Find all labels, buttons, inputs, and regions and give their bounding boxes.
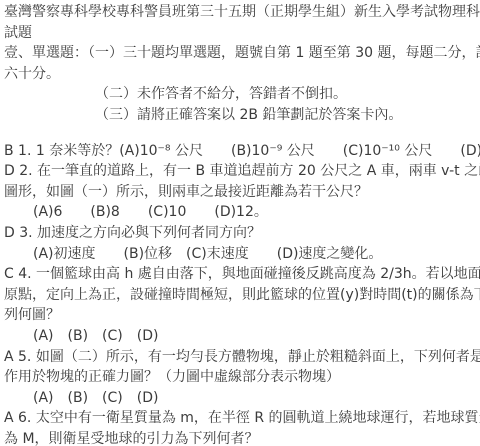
blank-line-spacer (4, 126, 476, 141)
question-4-option-labels: (A) (B) (C) (D) (33, 326, 476, 347)
instructions-line-1: 壹、單選題：（一）三十題均單選題，題號自第 1 題至第 30 題，每題二分，計 (4, 43, 476, 64)
question-6-text-line-1: A 6. 太空中有一衛星質量為 m，在半徑 R 的圓軌道上繞地球運行，若地球質量 (4, 408, 476, 429)
question-3-options: (A)初速度 (B)位移 (C)末速度 (D)速度之變化。 (33, 244, 476, 265)
question-3-text: D 3. 加速度之方向必與下列何者同方向？ (4, 223, 476, 244)
question-2-text-line-2: 圖形，如圖（一）所示，則兩車之最接近距離為若干公尺？ (4, 182, 476, 203)
question-2-text-line-1: D 2. 在一筆直的道路上，有一 B 車道追趕前方 20 公尺之 A 車，兩車 … (4, 161, 476, 182)
instruction-item-3: （三）請將正確答案以 2B 鉛筆劃記於答案卡內。 (95, 105, 476, 126)
question-1-text-and-options: B 1. 1 奈米等於？(A)10⁻⁸ 公尺 (B)10⁻⁹ 公尺 (C)10⁻… (4, 141, 476, 162)
question-6-text-line-2: 為 M，則衛星受地球的引力為下列何者？ (4, 429, 476, 446)
question-4-text-line-1: C 4. 一個籃球由高 h 處自由落下，與地面碰撞後反跳高度為 2/3h。若以地… (4, 264, 476, 285)
question-4-text-line-3: 列何圖？ (4, 305, 476, 326)
question-4-text-line-2: 原點，定向上為正，設碰撞時間極短，則此籃球的位置(y)對時間(t)的關係為下 (4, 285, 476, 306)
instructions-line-2: 六十分。 (4, 64, 476, 85)
exam-document: 臺灣警察專科學校專科警員班第三十五期（正期學生組）新生入學考試物理科 試題 壹、… (0, 0, 480, 446)
question-5-option-labels: (A) (B) (C) (D) (33, 388, 476, 409)
document-title-line-2: 試題 (4, 23, 476, 44)
document-title-line-1: 臺灣警察專科學校專科警員班第三十五期（正期學生組）新生入學考試物理科 (4, 2, 476, 23)
question-2-options: (A)6 (B)8 (C)10 (D)12。 (33, 202, 476, 223)
instruction-item-2: （二）未作答者不給分，答錯者不倒扣。 (95, 84, 476, 105)
question-5-text-line-1: A 5. 如圖（二）所示，有一均勻長方體物塊，靜止於粗糙斜面上，下列何者是 (4, 347, 476, 368)
question-5-text-line-2: 作用於物塊的正確力圖？（力圖中虛線部分表示物塊） (4, 367, 476, 388)
